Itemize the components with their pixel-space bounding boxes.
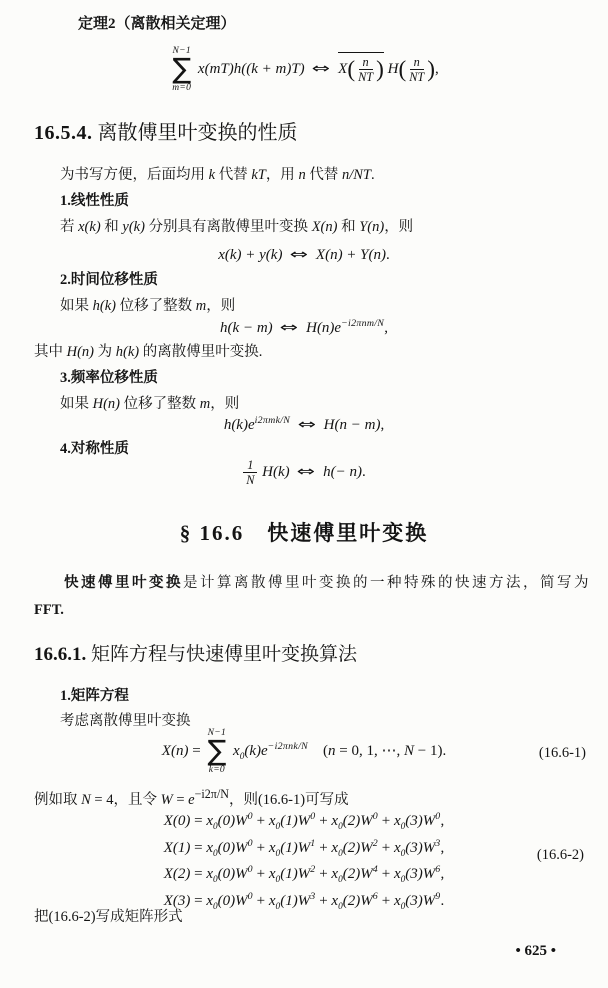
- paragraph-fft-intro: 快速傅里叶变换是计算离散傅里叶变换的一种特殊的快速方法，简写为: [64, 574, 591, 594]
- paragraph-frequency-shift: 如果 H(n) 位移了整数 m，则: [60, 395, 239, 415]
- paragraph-linear: 若 x(k) 和 y(k) 分别具有离散傅里叶变换 X(n) 和 Y(n)，则: [60, 218, 413, 238]
- equation-label-16-6-2: (16.6-2): [537, 846, 584, 866]
- item-linear-property: 1.线性性质: [60, 192, 129, 212]
- page-number: • 625 •: [515, 941, 556, 961]
- equation-x0: X(0) = x0(0)W0 + x0(1)W0 + x0(2)W0 + x0(…: [0, 810, 608, 834]
- paragraph-example-n4: 例如取 N = 4，且令 W = e−i2π/N，则(16.6-1)可写成: [34, 786, 349, 810]
- theorem-title: 定理2（离散相关定理）: [78, 14, 236, 34]
- paragraph-time-shift: 如果 h(k) 位移了整数 m，则: [60, 297, 235, 317]
- item-time-shift-property: 2.时间位移性质: [60, 271, 158, 291]
- equation-dft: X(n) = N−1∑k=0 x0(k)e−i2πnk/N (n = 0, 1,…: [0, 728, 608, 775]
- equation-time-shift: h(k − m) ⇔ H(n)e−i2πnm/N,: [0, 317, 608, 338]
- item-matrix-equation: 1.矩阵方程: [60, 687, 129, 707]
- book-page: 定理2（离散相关定理） N−1∑m=0 x(mT)h((k + m)T) ⇔ X…: [0, 0, 608, 988]
- paragraph-time-shift-note: 其中 H(n) 为 h(k) 的离散傅里叶变换.: [34, 343, 262, 363]
- equation-x2: X(2) = x0(0)W0 + x0(1)W2 + x0(2)W4 + x0(…: [0, 863, 608, 887]
- equation-frequency-shift: h(k)ei2πmk/N ⇔ H(n − m),: [0, 414, 608, 435]
- equation-x1: X(1) = x0(0)W0 + x0(1)W1 + x0(2)W2 + x0(…: [0, 837, 608, 861]
- equation-correlation: N−1∑m=0 x(mT)h((k + m)T) ⇔ X(nNT) H(nNT)…: [0, 46, 608, 93]
- item-symmetry-property: 4.对称性质: [60, 440, 129, 460]
- heading-16-5-4: 16.5.4. 离散傅里叶变换的性质: [34, 120, 298, 147]
- paragraph-matrix-form: 把(16.6-2)写成矩阵形式: [34, 908, 183, 928]
- paragraph-notation: 为书写方便，后面均用 k 代替 kT，用 n 代替 n/NT.: [60, 166, 375, 186]
- equation-symmetry: 1N H(k) ⇔ h(− n).: [0, 458, 608, 487]
- heading-16-6: § 16.6 快速傅里叶变换: [0, 519, 608, 547]
- paragraph-fft-abbrev: FFT.: [34, 601, 64, 621]
- heading-16-6-1: 16.6.1. 矩阵方程与快速傅里叶变换算法: [34, 642, 357, 668]
- equation-linear: x(k) + y(k) ⇔ X(n) + Y(n).: [0, 245, 608, 265]
- item-frequency-shift-property: 3.频率位移性质: [60, 369, 158, 389]
- equation-label-16-6-1: (16.6-1): [539, 744, 586, 764]
